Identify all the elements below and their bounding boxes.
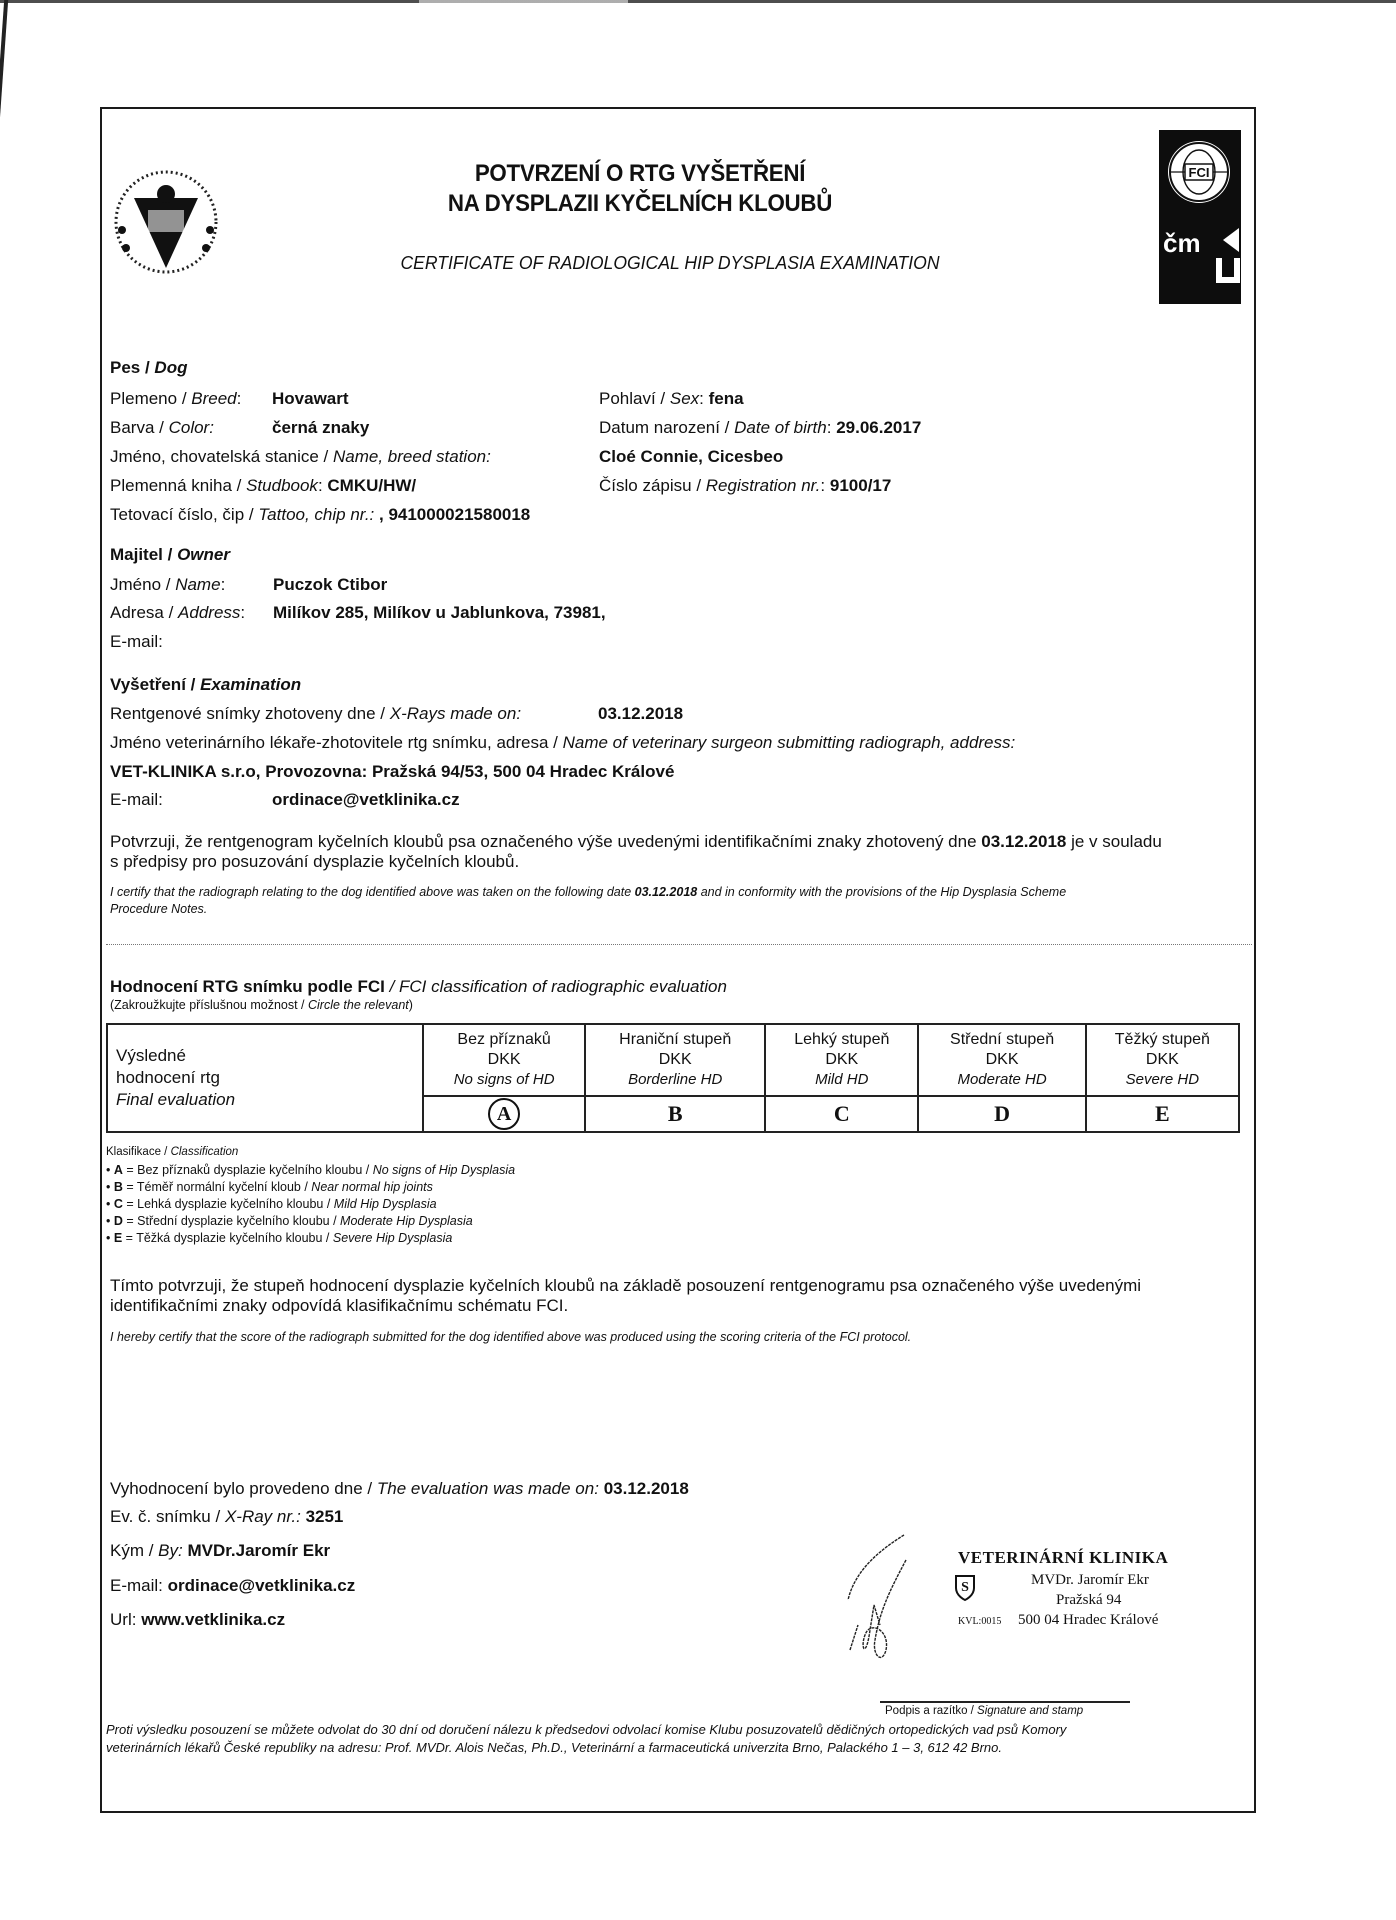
veterinary-chamber-logo: [104, 160, 228, 284]
grade-option-e[interactable]: E: [1086, 1096, 1239, 1132]
stamp-code: KVL:0015: [958, 1616, 1001, 1627]
owner-name-value: Puczok Ctibor: [273, 575, 387, 595]
registration-value: 9100/17: [830, 476, 891, 495]
evaluation-hint: (Zakroužkujte příslušnou možnost / Circl…: [110, 998, 413, 1012]
scan-edge-top: [0, 0, 1396, 3]
title-cz-line2: NA DYSPLAZII KYČELNÍCH KLOUBŮ: [361, 190, 919, 218]
grade-option-d[interactable]: D: [918, 1096, 1085, 1132]
chip-value: , 941000021580018: [379, 505, 530, 524]
title-cz-line1: POTVRZENÍ O RTG VYŠETŘENÍ: [361, 160, 919, 188]
appeal-notice-line2: veterinárních lékařů České republiky na …: [106, 1740, 1002, 1755]
section-divider: [106, 944, 1252, 945]
confirmation-cz: Potvrzuji, že rentgenogram kyčelních klo…: [110, 832, 1162, 872]
evaluated-by-field: Kým / By: MVDr.Jaromír Ekr: [110, 1541, 330, 1561]
signature-line: [880, 1701, 1130, 1703]
chamber-emblem-icon: [104, 160, 228, 284]
signature-scribble-icon: [840, 1530, 920, 1670]
signature: [840, 1530, 920, 1670]
owner-address-field: Adresa / Address:: [110, 603, 245, 623]
certification-en: I hereby certify that the score of the r…: [110, 1330, 911, 1344]
evaluation-heading: Hodnocení RTG snímku podle FCI / FCI cla…: [110, 977, 727, 997]
title-en: CERTIFICATE OF RADIOLOGICAL HIP DYSPLASI…: [347, 252, 993, 274]
xray-number-value: 3251: [306, 1507, 344, 1526]
grade-header-b: Hraniční stupeňDKKBorderline HD: [585, 1024, 765, 1096]
stamp-doctor: MVDr. Jaromír Ekr: [1031, 1572, 1149, 1589]
scan-edge-left: [0, 0, 8, 120]
evaluator-email-field: E-mail: ordinace@vetklinika.cz: [110, 1576, 355, 1596]
name-field: Jméno, chovatelská stanice / Name, breed…: [110, 447, 491, 467]
svg-text:čm: čm: [1163, 228, 1201, 258]
studbook-value: CMKU/HW/: [327, 476, 416, 495]
classification-item-b: • B = Téměř normální kyčelní kloub / Nea…: [106, 1180, 433, 1194]
classification-item-a: • A = Bez příznaků dysplazie kyčelního k…: [106, 1163, 515, 1177]
section-dog-heading: Pes / Dog: [110, 358, 187, 378]
grade-header-c: Lehký stupeňDKKMild HD: [765, 1024, 918, 1096]
fci-globe-icon: FCI čm: [1159, 130, 1241, 304]
xray-date-value: 03.12.2018: [598, 704, 683, 724]
evaluator-url-field: Url: www.vetklinika.cz: [110, 1610, 285, 1630]
classification-item-d: • D = Střední dysplazie kyčelního kloubu…: [106, 1214, 473, 1228]
xray-date-field: Rentgenové snímky zhotoveny dne / X-Rays…: [110, 704, 521, 724]
certification-cz: Tímto potvrzuji, že stupeň hodnocení dys…: [110, 1276, 1141, 1316]
evaluation-table: Výsledné hodnocení rtg Final evaluation …: [106, 1023, 1240, 1133]
owner-address-value: Milíkov 285, Milíkov u Jablunkova, 73981…: [273, 603, 606, 623]
section-owner-heading: Majitel / Owner: [110, 545, 230, 565]
studbook-field: Plemenná kniha / Studbook: CMKU/HW/: [110, 476, 416, 496]
dob-value: 29.06.2017: [836, 418, 921, 437]
owner-name-field: Jméno / Name:: [110, 575, 225, 595]
surgeon-email-field: E-mail:: [110, 790, 163, 810]
breed-value: Hovawart: [272, 389, 349, 409]
classification-heading: Klasifikace / Classification: [106, 1146, 238, 1158]
classification-item-c: • C = Lehká dysplazie kyčelního kloubu /…: [106, 1197, 437, 1211]
owner-email-field: E-mail:: [110, 632, 163, 652]
grade-header-a: Bez příznakůDKKNo signs of HD: [423, 1024, 585, 1096]
stamp-city: 500 04 Hradec Králové: [1018, 1612, 1158, 1629]
dob-field: Datum narození / Date of birth: 29.06.20…: [599, 418, 921, 438]
signature-label: Podpis a razítko / Signature and stamp: [885, 1705, 1083, 1717]
svg-text:FCI: FCI: [1189, 165, 1210, 180]
stamp-shield-icon: S: [954, 1574, 976, 1602]
classification-item-e: • E = Těžká dysplazie kyčelního kloubu /…: [106, 1231, 452, 1245]
section-examination-heading: Vyšetření / Examination: [110, 675, 301, 695]
final-evaluation-label: Výsledné hodnocení rtg Final evaluation: [107, 1024, 423, 1132]
evaluator-email-value[interactable]: ordinace@vetklinika.cz: [168, 1576, 356, 1595]
stamp-street: Pražská 94: [1056, 1592, 1121, 1609]
chip-field: Tetovací číslo, čip / Tattoo, chip nr.: …: [110, 505, 530, 525]
evaluation-date-field: Vyhodnocení bylo provedeno dne / The eva…: [110, 1479, 689, 1499]
dog-name-value: Cloé Connie, Cicesbeo: [599, 447, 783, 467]
grade-header-e: Těžký stupeňDKKSevere HD: [1086, 1024, 1239, 1096]
sex-field: Pohlaví / Sex: fena: [599, 389, 744, 409]
surgeon-email-value: ordinace@vetklinika.cz: [272, 790, 460, 810]
fci-cmku-logo: FCI čm: [1159, 130, 1241, 304]
evaluated-by-value: MVDr.Jaromír Ekr: [187, 1541, 330, 1560]
color-field: Barva / Color:: [110, 418, 214, 438]
stamp-clinic-name: VETERINÁRNÍ KLINIKA: [958, 1548, 1168, 1568]
grade-option-a[interactable]: A: [423, 1096, 585, 1132]
grade-option-c[interactable]: C: [765, 1096, 918, 1132]
sex-value: fena: [709, 389, 744, 408]
registration-field: Číslo zápisu / Registration nr.: 9100/17: [599, 476, 891, 496]
grade-option-b[interactable]: B: [585, 1096, 765, 1132]
evaluator-url-value[interactable]: www.vetklinika.cz: [141, 1610, 285, 1629]
appeal-notice-line1: Proti výsledku posouzení se můžete odvol…: [106, 1722, 1066, 1737]
grade-header-d: Střední stupeňDKKModerate HD: [918, 1024, 1085, 1096]
surgeon-value: VET-KLINIKA s.r.o, Provozovna: Pražská 9…: [110, 762, 674, 782]
svg-text:S: S: [961, 1580, 969, 1595]
evaluation-date-value: 03.12.2018: [604, 1479, 689, 1498]
color-value: černá znaky: [272, 418, 369, 438]
breed-field: Plemeno / Breed:: [110, 389, 241, 409]
confirmation-en: I certify that the radiograph relating t…: [110, 884, 1066, 918]
surgeon-label: Jméno veterinárního lékaře-zhotovitele r…: [110, 733, 1015, 753]
xray-number-field: Ev. č. snímku / X-Ray nr.: 3251: [110, 1507, 343, 1527]
